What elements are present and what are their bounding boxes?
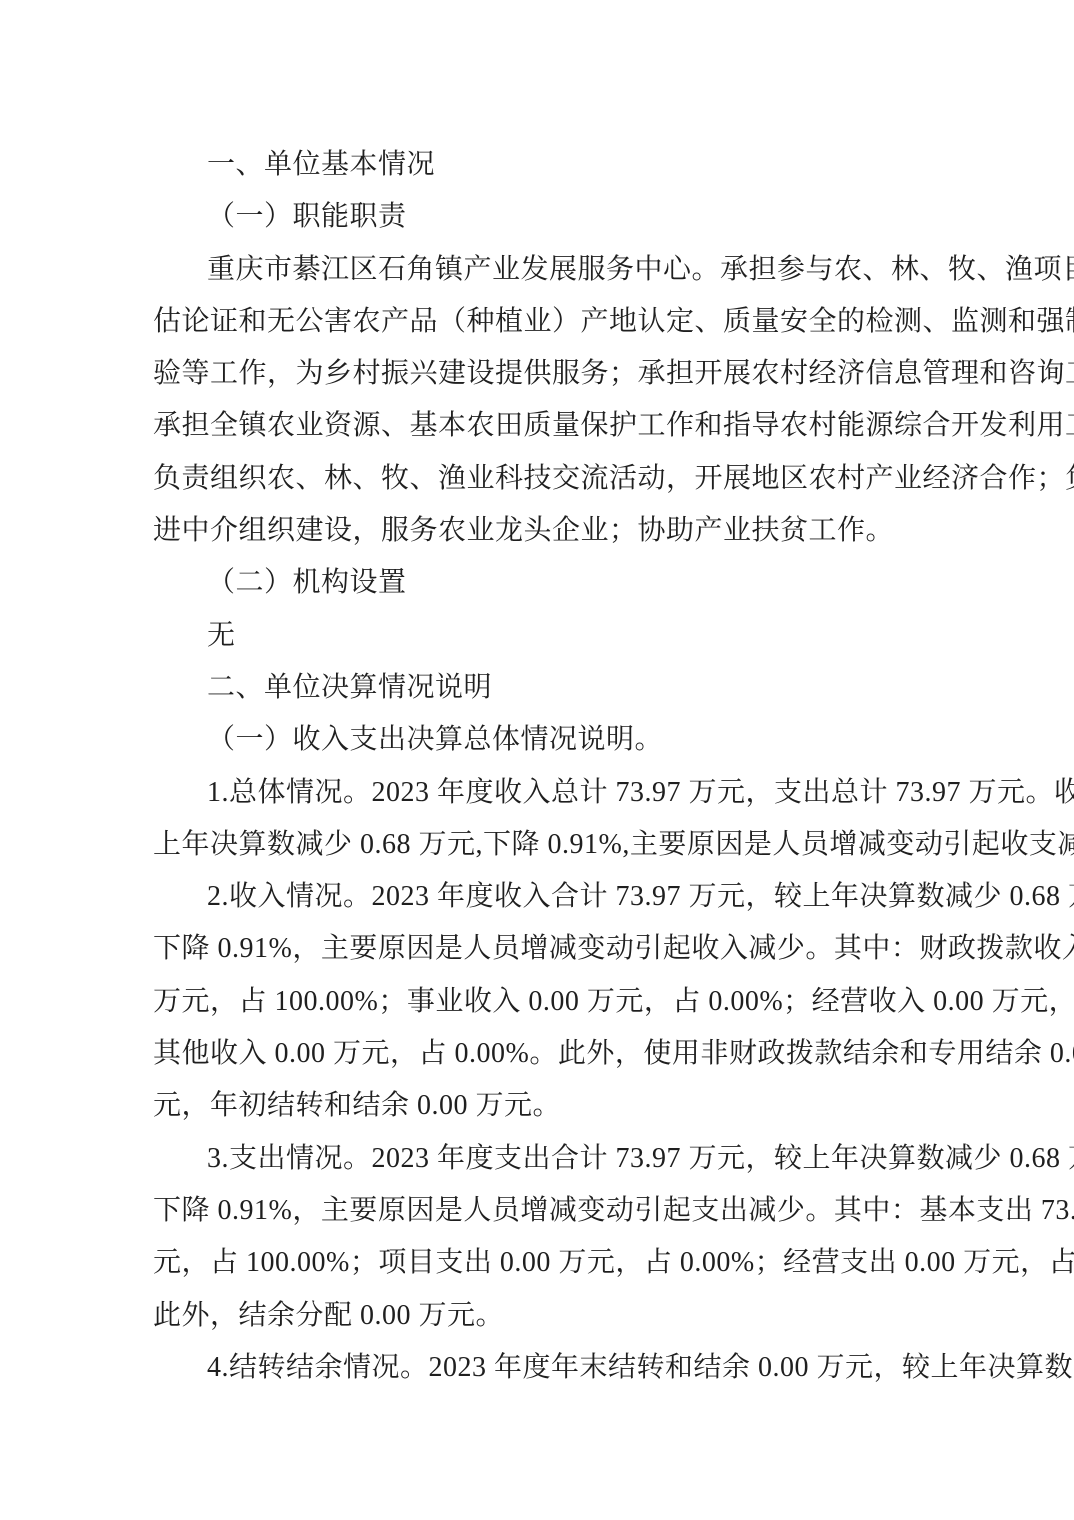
text-line: （一）职能职责 — [153, 191, 910, 243]
text-line: 重庆市綦江区石角镇产业发展服务中心。承担参与农、林、牧、渔项目的评 — [153, 244, 910, 296]
text-line: 承担全镇农业资源、基本农田质量保护工作和指导农村能源综合开发利用工作； — [153, 400, 910, 452]
text-line: 进中介组织建设，服务农业龙头企业；协助产业扶贫工作。 — [153, 505, 910, 557]
text-line: 下降 0.91%，主要原因是人员增减变动引起收入减少。其中：财政拨款收入 73.… — [153, 923, 910, 975]
document-page: 一、单位基本情况（一）职能职责重庆市綦江区石角镇产业发展服务中心。承担参与农、林… — [0, 0, 1074, 1520]
text-line: 2.收入情况。2023 年度收入合计 73.97 万元，较上年决算数减少 0.6… — [153, 871, 910, 923]
text-line: 其他收入 0.00 万元，占 0.00%。此外，使用非财政拨款结余和专用结余 0… — [153, 1028, 910, 1080]
text-line: 估论证和无公害农产品（种植业）产地认定、质量安全的检测、监测和强制性检 — [153, 296, 910, 348]
text-line: 无 — [153, 610, 910, 662]
text-line: 万元，占 100.00%；事业收入 0.00 万元，占 0.00%；经营收入 0… — [153, 976, 910, 1028]
text-line: 上年决算数减少 0.68 万元,下降 0.91%,主要原因是人员增减变动引起收支… — [153, 819, 910, 871]
text-line: （一）收入支出决算总体情况说明。 — [153, 714, 910, 766]
text-line: 4.结转结余情况。2023 年度年末结转和结余 0.00 万元，较上年决算数无增 — [153, 1342, 910, 1394]
text-line: 一、单位基本情况 — [153, 139, 910, 191]
document-body: 一、单位基本情况（一）职能职责重庆市綦江区石角镇产业发展服务中心。承担参与农、林… — [153, 139, 910, 1394]
text-line: 元，年初结转和结余 0.00 万元。 — [153, 1080, 910, 1132]
text-line: 验等工作，为乡村振兴建设提供服务；承担开展农村经济信息管理和咨询工作； — [153, 348, 910, 400]
text-line: 3.支出情况。2023 年度支出合计 73.97 万元，较上年决算数减少 0.6… — [153, 1133, 910, 1185]
text-line: （二）机构设置 — [153, 557, 910, 609]
text-line: 负责组织农、林、牧、渔业科技交流活动，开展地区农村产业经济合作；负责推 — [153, 453, 910, 505]
text-line: 此外，结余分配 0.00 万元。 — [153, 1290, 910, 1342]
text-line: 二、单位决算情况说明 — [153, 662, 910, 714]
text-line: 1.总体情况。2023 年度收入总计 73.97 万元，支出总计 73.97 万… — [153, 767, 910, 819]
text-line: 下降 0.91%，主要原因是人员增减变动引起支出减少。其中：基本支出 73.97… — [153, 1185, 910, 1237]
text-line: 元，占 100.00%；项目支出 0.00 万元，占 0.00%；经营支出 0.… — [153, 1237, 910, 1289]
